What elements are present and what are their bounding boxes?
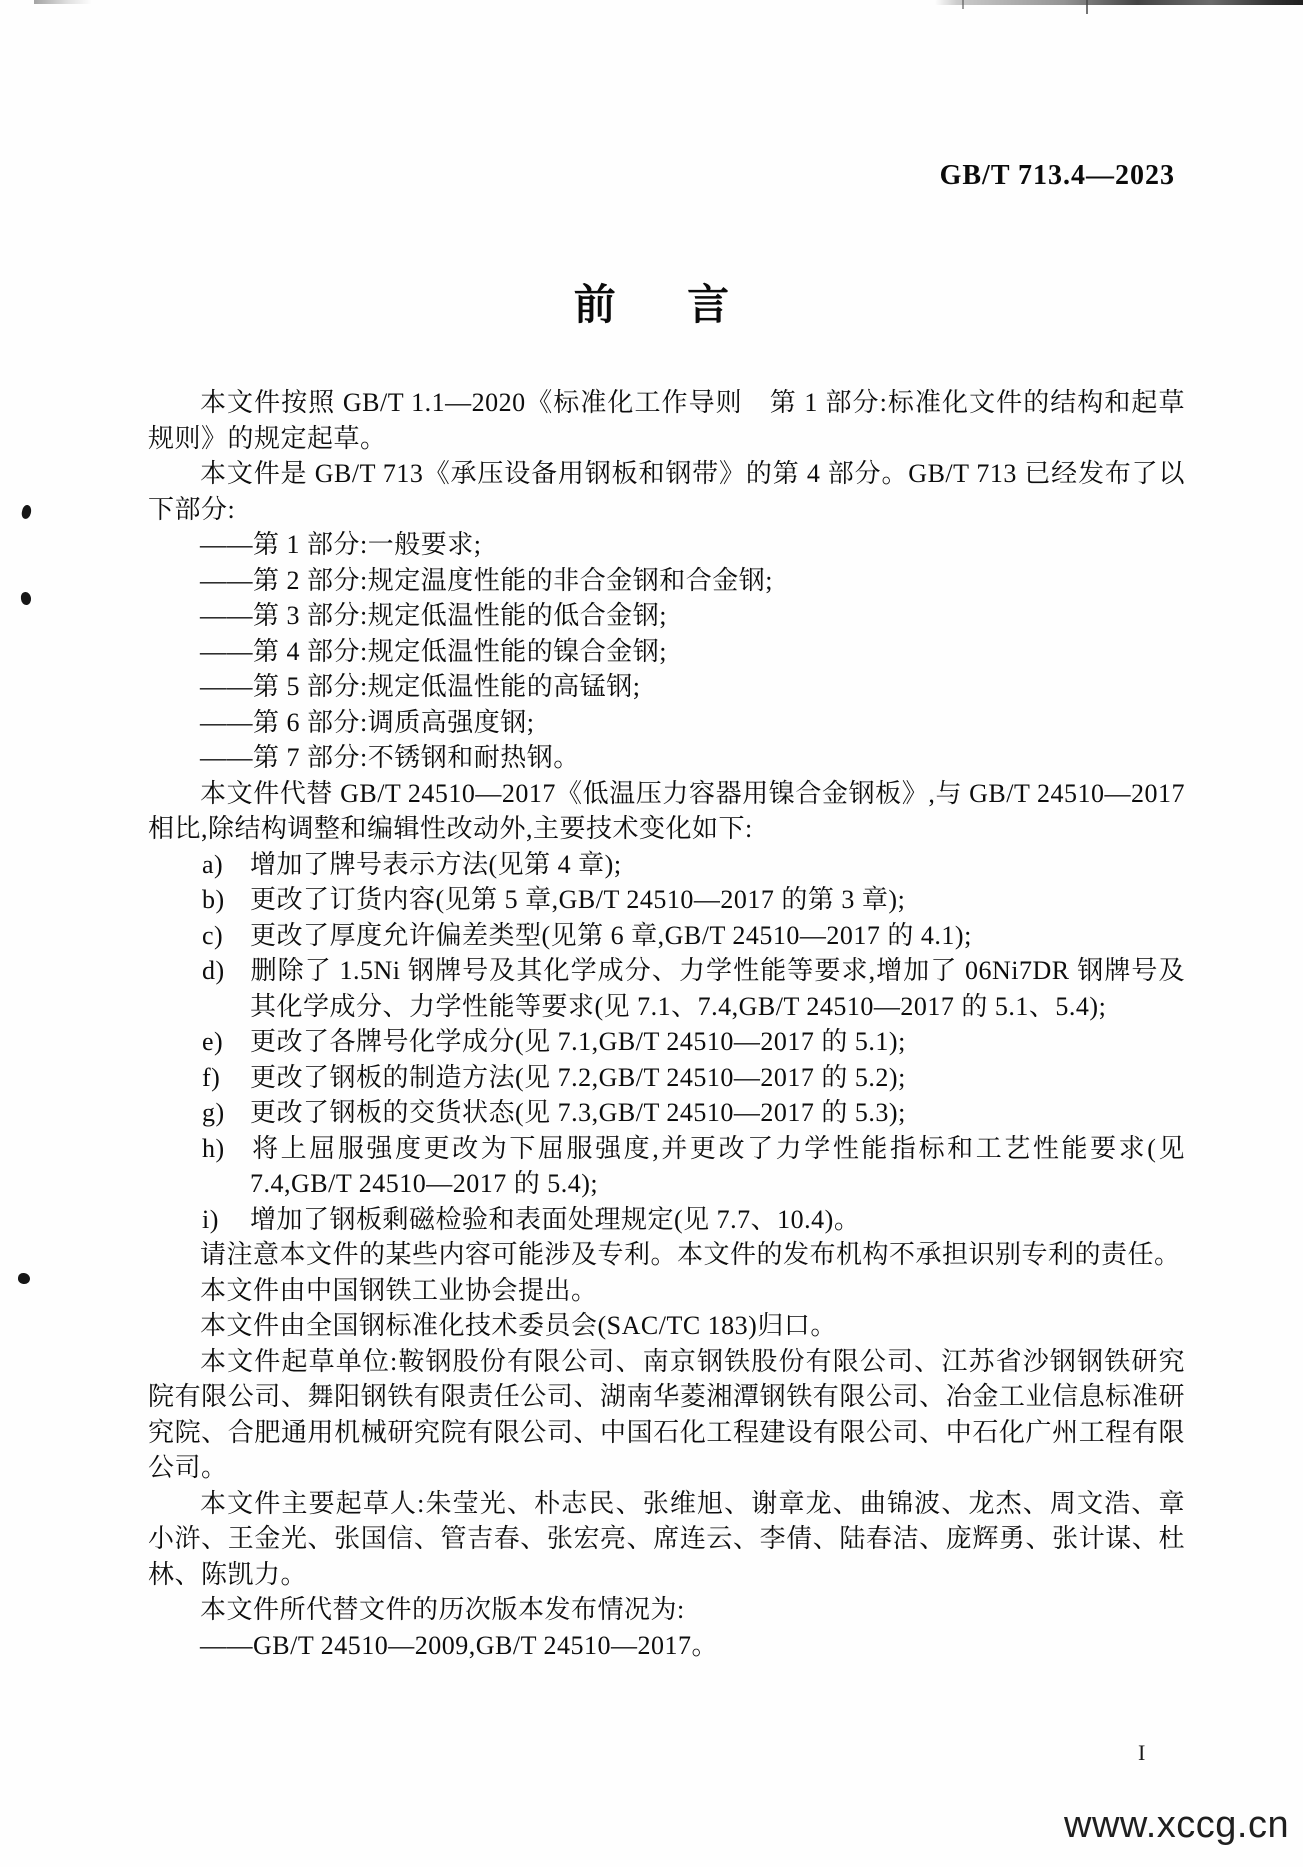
change-item-text: 更改了各牌号化学成分(见 7.1,GB/T 24510—2017 的 5.1); (250, 1027, 906, 1056)
change-item-marker: f) (202, 1060, 250, 1096)
part-list-item: ——第 6 部分:调质高强度钢; (148, 705, 1185, 741)
change-item-text: 增加了钢板剩磁检验和表面处理规定(见 7.7、10.4)。 (250, 1205, 860, 1234)
change-item-text: 将上屈服强度更改为下屈服强度,并更改了力学性能指标和工艺性能要求(见 7.4,G… (250, 1134, 1185, 1199)
scan-streak-top-right (935, 0, 1303, 5)
paragraph-history-intro: 本文件所代替文件的历次版本发布情况为: (148, 1592, 1185, 1628)
part-list-item: ——第 1 部分:一般要求; (148, 527, 1185, 563)
paragraph-history-item: ——GB/T 24510—2009,GB/T 24510—2017。 (148, 1628, 1185, 1664)
change-item-text: 增加了牌号表示方法(见第 4 章); (250, 850, 622, 879)
change-item-marker: g) (202, 1095, 250, 1131)
foreword-content: 本文件按照 GB/T 1.1—2020《标准化工作导则 第 1 部分:标准化文件… (148, 385, 1185, 1663)
scan-tick-small (962, 0, 964, 9)
part-list-item: ——第 2 部分:规定温度性能的非合金钢和合金钢; (148, 563, 1185, 599)
standard-number: GB/T 713.4—2023 (940, 160, 1175, 192)
change-list-item: h)将上屈服强度更改为下屈服强度,并更改了力学性能指标和工艺性能要求(见 7.4… (148, 1131, 1185, 1202)
part-list-item: ——第 7 部分:不锈钢和耐热钢。 (148, 740, 1185, 776)
part-list-item: ——第 3 部分:规定低温性能的低合金钢; (148, 598, 1185, 634)
change-list-item: g)更改了钢板的交货状态(见 7.3,GB/T 24510—2017 的 5.3… (148, 1095, 1185, 1131)
paragraph-patent-note: 请注意本文件的某些内容可能涉及专利。本文件的发布机构不承担识别专利的责任。 (148, 1237, 1185, 1273)
ink-mark-1 (20, 504, 32, 520)
change-list-item: d)删除了 1.5Ni 钢牌号及其化学成分、力学性能等要求,增加了 06Ni7D… (148, 953, 1185, 1024)
change-item-marker: d) (202, 953, 250, 989)
change-item-marker: a) (202, 847, 250, 883)
page-number: I (1138, 1740, 1145, 1766)
change-item-marker: b) (202, 882, 250, 918)
change-item-text: 更改了订货内容(见第 5 章,GB/T 24510—2017 的第 3 章); (250, 885, 905, 914)
change-item-text: 更改了厚度允许偏差类型(见第 6 章,GB/T 24510—2017 的 4.1… (250, 921, 972, 950)
change-list-item: f)更改了钢板的制造方法(见 7.2,GB/T 24510—2017 的 5.2… (148, 1060, 1185, 1096)
change-list-item: c)更改了厚度允许偏差类型(见第 6 章,GB/T 24510—2017 的 4… (148, 918, 1185, 954)
change-item-marker: c) (202, 918, 250, 954)
paragraph-drafters: 本文件主要起草人:朱莹光、朴志民、张维旭、谢章龙、曲锦波、龙杰、周文浩、章小浒、… (148, 1486, 1185, 1593)
changes-list: a)增加了牌号表示方法(见第 4 章); b)更改了订货内容(见第 5 章,GB… (148, 847, 1185, 1238)
scan-smudge-top-left (34, 0, 92, 4)
paragraph-intro-2: 本文件是 GB/T 713《承压设备用钢板和钢带》的第 4 部分。GB/T 71… (148, 456, 1185, 527)
document-page: GB/T 713.4—2023 前言 本文件按照 GB/T 1.1—2020《标… (0, 0, 1303, 1867)
part-list-item: ——第 5 部分:规定低温性能的高锰钢; (148, 669, 1185, 705)
watermark-text: www.xccg.cn (1064, 1804, 1289, 1847)
change-item-marker: i) (202, 1202, 250, 1238)
change-item-text: 更改了钢板的交货状态(见 7.3,GB/T 24510—2017 的 5.3); (250, 1098, 906, 1127)
paragraph-committee: 本文件由全国钢标准化技术委员会(SAC/TC 183)归口。 (148, 1308, 1185, 1344)
paragraph-intro-1: 本文件按照 GB/T 1.1—2020《标准化工作导则 第 1 部分:标准化文件… (148, 385, 1185, 456)
change-item-text: 删除了 1.5Ni 钢牌号及其化学成分、力学性能等要求,增加了 06Ni7DR … (250, 956, 1185, 1021)
change-list-item: a)增加了牌号表示方法(见第 4 章); (148, 847, 1185, 883)
change-list-item: e)更改了各牌号化学成分(见 7.1,GB/T 24510—2017 的 5.1… (148, 1024, 1185, 1060)
scan-tick-large (1086, 0, 1088, 14)
change-item-text: 更改了钢板的制造方法(见 7.2,GB/T 24510—2017 的 5.2); (250, 1063, 906, 1092)
ink-mark-2 (20, 592, 31, 606)
change-item-marker: h) (202, 1131, 250, 1167)
change-list-item: i)增加了钢板剩磁检验和表面处理规定(见 7.7、10.4)。 (148, 1202, 1185, 1238)
parts-list: ——第 1 部分:一般要求; ——第 2 部分:规定温度性能的非合金钢和合金钢;… (148, 527, 1185, 776)
part-list-item: ——第 4 部分:规定低温性能的镍合金钢; (148, 634, 1185, 670)
change-list-item: b)更改了订货内容(见第 5 章,GB/T 24510—2017 的第 3 章)… (148, 882, 1185, 918)
foreword-title: 前言 (0, 272, 1303, 332)
paragraph-drafting-orgs: 本文件起草单位:鞍钢股份有限公司、南京钢铁股份有限公司、江苏省沙钢钢铁研究院有限… (148, 1344, 1185, 1486)
paragraph-replace: 本文件代替 GB/T 24510—2017《低温压力容器用镍合金钢板》,与 GB… (148, 776, 1185, 847)
ink-mark-3 (18, 1273, 31, 1285)
change-item-marker: e) (202, 1024, 250, 1060)
paragraph-proposed-by: 本文件由中国钢铁工业协会提出。 (148, 1273, 1185, 1309)
